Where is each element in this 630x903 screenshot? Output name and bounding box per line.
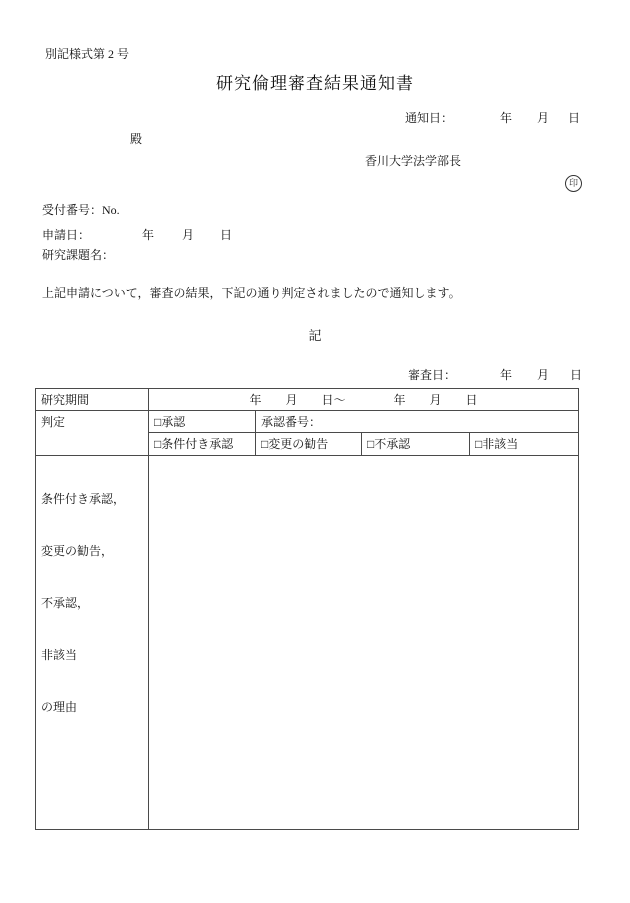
notify-month-label: 月: [537, 109, 549, 126]
page-title: 研究倫理審査結果通知書: [0, 73, 630, 94]
reason-label-line: 条件付き承認，: [41, 488, 143, 510]
application-month-label: 月: [182, 226, 194, 243]
period-label-cell: 研究期間: [36, 389, 149, 411]
disapproval-option-cell: □不承認: [362, 433, 470, 456]
table-row-judgment-1: 判定 □承認 承認番号：: [36, 411, 579, 433]
notify-date-row: 通知日： 年 月 日: [0, 109, 630, 125]
notify-year-label: 年: [500, 109, 512, 126]
disapproval-option-label: 不承認: [374, 437, 410, 451]
seal-icon: 印: [565, 175, 582, 192]
not-applicable-option-label: 非該当: [482, 437, 518, 451]
reason-label-line: 不承認，: [41, 592, 143, 614]
review-month-label: 月: [537, 366, 549, 383]
approval-option-label: 承認: [161, 415, 185, 429]
period-value-cell: 年 月 日～ 年 月 日: [149, 389, 579, 411]
receipt-number-label: 受付番号：No.: [42, 203, 120, 218]
change-recommendation-option-cell: □変更の勧告: [256, 433, 362, 456]
approval-option-cell: □承認: [149, 411, 256, 433]
document-page: 別記様式第 2 号 研究倫理審査結果通知書 通知日： 年 月 日 殿 香川大学法…: [0, 0, 630, 903]
not-applicable-option-cell: □非該当: [470, 433, 579, 456]
reason-label-line: 変更の勧告，: [41, 540, 143, 562]
notify-date-label: 通知日：: [405, 109, 453, 126]
reason-label-line: 非該当: [41, 644, 143, 666]
review-date-label: 審査日：: [408, 366, 456, 383]
record-heading: 記: [0, 328, 630, 344]
reason-label-cell: 条件付き承認， 変更の勧告， 不承認， 非該当 の理由: [36, 456, 149, 830]
research-title-label: 研究課題名：: [42, 248, 114, 263]
conditional-approval-option-label: 条件付き承認: [161, 437, 233, 451]
review-date-row: 審査日： 年 月 日: [0, 366, 630, 382]
notice-sentence: 上記申請について，審査の結果，下記の通り判定されましたので通知します。: [42, 286, 461, 301]
sender-name: 香川大学法学部長: [365, 154, 461, 169]
application-day-label: 日: [220, 226, 232, 243]
form-number: 別記様式第 2 号: [45, 47, 129, 62]
application-year-label: 年: [142, 226, 154, 243]
reason-value-cell: [149, 456, 579, 830]
recipient-honorific: 殿: [130, 132, 142, 147]
table-row-period: 研究期間 年 月 日～ 年 月 日: [36, 389, 579, 411]
reason-label-line: の理由: [41, 696, 143, 718]
change-recommendation-option-label: 変更の勧告: [268, 437, 328, 451]
application-date-row: 申請日： 年 月 日: [0, 226, 630, 242]
result-table: 研究期間 年 月 日～ 年 月 日 判定 □承認 承認番号： □条件付き承認 □…: [35, 388, 579, 830]
approval-number-cell: 承認番号：: [256, 411, 579, 433]
review-day-label: 日: [570, 366, 582, 383]
judgment-label-cell: 判定: [36, 411, 149, 456]
notify-day-label: 日: [568, 109, 580, 126]
table-row-reason: 条件付き承認， 変更の勧告， 不承認， 非該当 の理由: [36, 456, 579, 830]
review-year-label: 年: [500, 366, 512, 383]
conditional-approval-option-cell: □条件付き承認: [149, 433, 256, 456]
application-date-label: 申請日：: [42, 226, 90, 243]
